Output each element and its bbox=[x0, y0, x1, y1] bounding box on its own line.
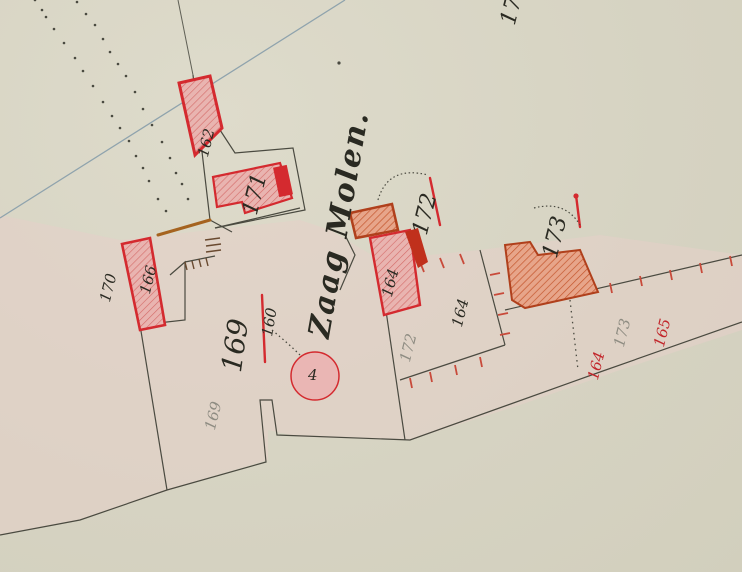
blue-survey-line bbox=[0, 0, 345, 218]
cadastral-map: Zaag Molen. 169 160 170 166 162 171 172 … bbox=[0, 0, 742, 572]
parcel-169-label: 169 bbox=[218, 317, 253, 374]
parcel-tint bbox=[0, 215, 742, 535]
circle-mark-label: 4 bbox=[308, 368, 318, 383]
